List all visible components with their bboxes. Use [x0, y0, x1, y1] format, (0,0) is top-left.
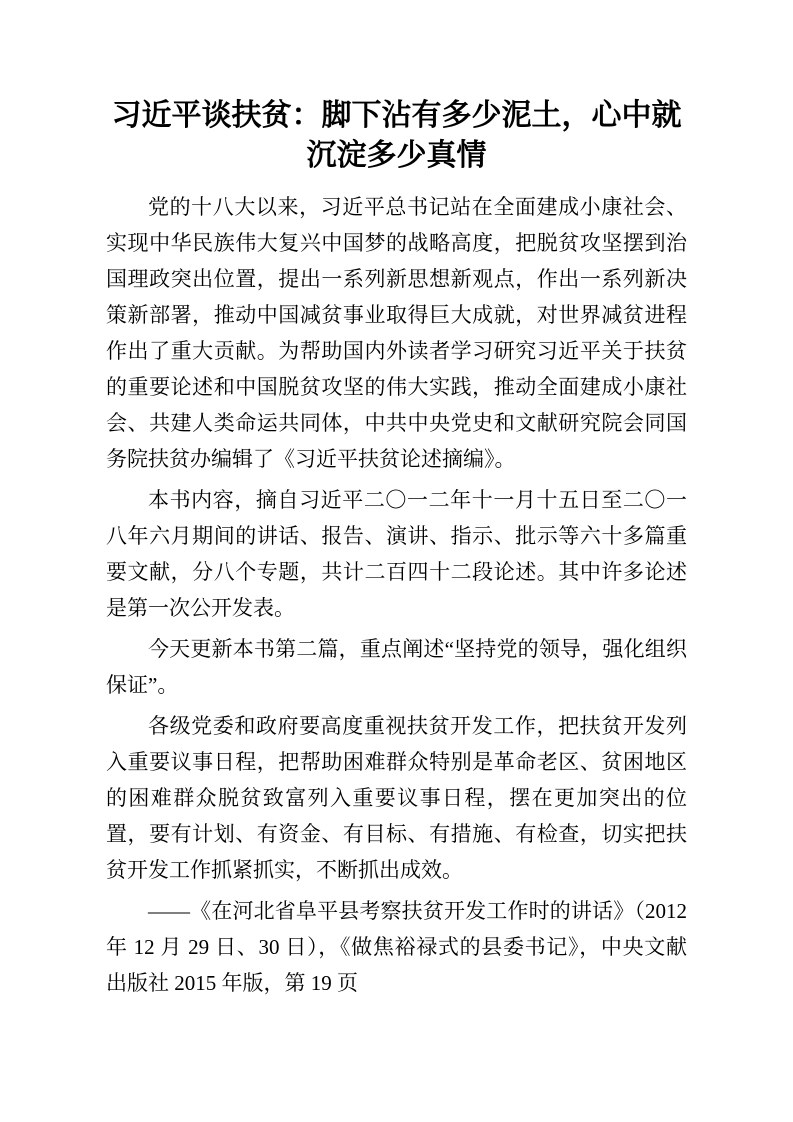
paragraph-citation: ——《在河北省阜平县考察扶贫开发工作时的讲话》（2012 年 12 月 29 日…	[106, 893, 687, 1001]
paragraph-intro: 党的十八大以来，习近平总书记站在全面建成小康社会、实现中华民族伟大复兴中国梦的战…	[106, 189, 687, 477]
paragraph-update-note: 今天更新本书第二篇，重点阐述“坚持党的领导，强化组织保证”。	[106, 631, 687, 703]
document-body: 党的十八大以来，习近平总书记站在全面建成小康社会、实现中华民族伟大复兴中国梦的战…	[106, 189, 687, 1001]
paragraph-book-contents: 本书内容，摘自习近平二〇一二年十一月十五日至二〇一八年六月期间的讲话、报告、演讲…	[106, 482, 687, 626]
document-page: 习近平谈扶贫：脚下沾有多少泥土，心中就沉淀多少真情 党的十八大以来，习近平总书记…	[0, 0, 793, 1122]
document-title: 习近平谈扶贫：脚下沾有多少泥土，心中就沉淀多少真情	[106, 96, 687, 176]
paragraph-quote: 各级党委和政府要高度重视扶贫开发工作，把扶贫开发列入重要议事日程，把帮助困难群众…	[106, 708, 687, 888]
